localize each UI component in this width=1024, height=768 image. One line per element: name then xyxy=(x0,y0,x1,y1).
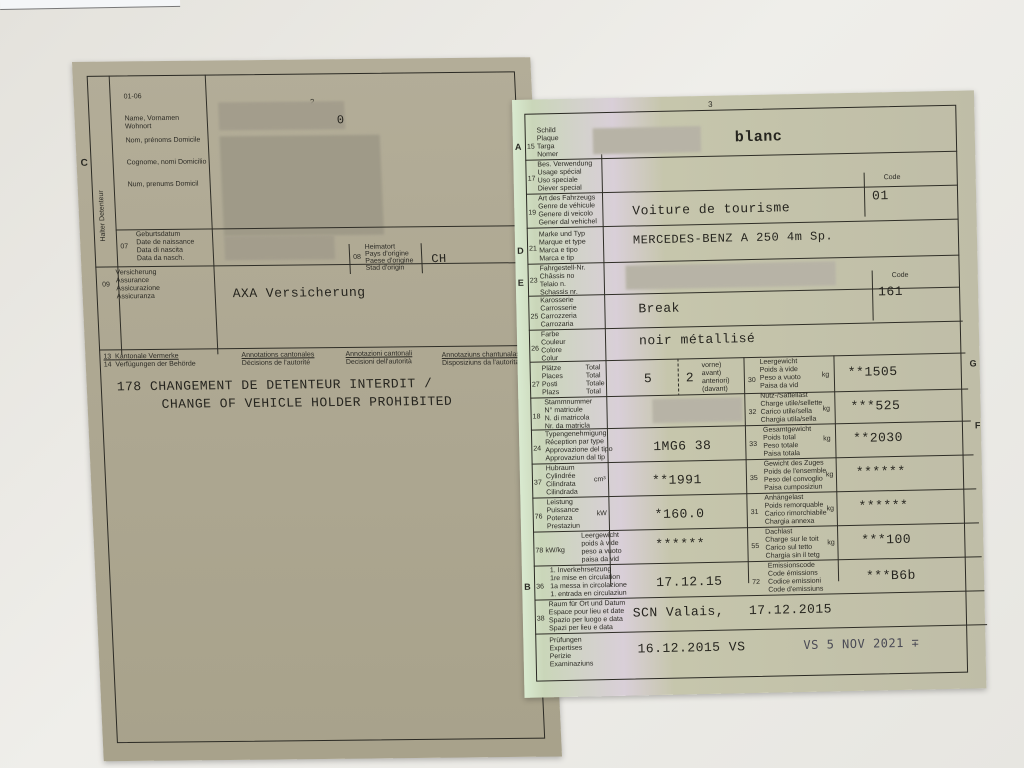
type-approval-value: 1MG6 38 xyxy=(653,438,711,454)
first-registration-field-code: 36 xyxy=(536,583,544,591)
left-page: 2 C Halter Detenteur 01-06 Name, Vorname… xyxy=(72,57,562,761)
annotations-label-it-2: Decisioni dell'autorità xyxy=(346,358,412,367)
holder-label-de: Name, Vornamen Wohnort xyxy=(124,115,205,132)
section-marker-f: F xyxy=(975,420,981,430)
plate-label-fr: Plaque xyxy=(537,135,559,143)
redacted-matriculation xyxy=(652,397,742,423)
right-page: 3 A 15 Schild Plaque Targa Nomer blanc 1… xyxy=(512,90,986,698)
special-use-field-code: 17 xyxy=(528,176,536,184)
trailer-load-unit: kg xyxy=(827,505,835,513)
emission-code-field-code: 72 xyxy=(752,579,760,587)
type-approval-field-code: 24 xyxy=(533,445,541,453)
trailer-load-value: ****** xyxy=(858,498,908,514)
annotations-label-rm-2: Disposiziuns da l'autoritad xyxy=(442,359,524,368)
annotation-line-2: CHANGE OF VEHICLE HOLDER PROHIBITED xyxy=(161,394,452,412)
holder-label-it: Cognome, nomi Domicilio xyxy=(126,159,206,168)
seats-front: 2 xyxy=(686,370,695,385)
birthdate-field-code: 07 xyxy=(120,243,128,251)
redacted-plate-number xyxy=(593,126,702,154)
payload-unit: kg xyxy=(822,405,830,413)
holder-value-suffix: 0 xyxy=(337,113,345,127)
train-weight-value: ****** xyxy=(856,464,906,480)
payload-field-code: 32 xyxy=(749,409,757,417)
inspection-stamp: VS 5 NOV 2021 ∓ xyxy=(803,636,919,652)
seats-sublabel-3: Totale xyxy=(586,380,605,388)
origin-label-rm: Stad d'origin xyxy=(366,264,405,272)
empty-weight-unit: kg xyxy=(822,371,830,379)
roof-load-field-code: 55 xyxy=(751,543,759,551)
color-label-it: Colore xyxy=(541,347,562,355)
redacted-holder-address xyxy=(220,135,385,237)
trailer-load-field-code: 31 xyxy=(751,509,759,517)
vehicle-type-field-code: 19 xyxy=(528,210,536,218)
redacted-holder-name xyxy=(218,101,345,130)
holder-label-fr: Nom, prénoms Domicile xyxy=(125,137,205,146)
payload-value: ***525 xyxy=(850,398,900,414)
origin-field-code: 08 xyxy=(353,254,361,262)
power-unit: kW xyxy=(597,510,607,518)
gross-weight-unit: kg xyxy=(823,435,831,443)
section-marker-d: D xyxy=(517,246,524,256)
annotations-label-fr-2: Décisions de l'autorité xyxy=(242,359,311,368)
insurance-field-code: 09 xyxy=(102,281,110,289)
section-marker-g: G xyxy=(970,358,977,368)
birthdate-label-rm: Data da nasch. xyxy=(137,255,184,263)
color-field-code: 26 xyxy=(531,345,539,353)
roof-load-value: ***100 xyxy=(861,532,911,548)
insurance-label-de: Versicherung xyxy=(115,269,156,277)
insurance-value: AXA Versicherung xyxy=(232,285,366,301)
power-weight-value: ****** xyxy=(655,536,705,552)
section-marker-c: C xyxy=(80,158,88,169)
annotations-label-de-2: 14 Verfügungen der Behörde xyxy=(104,361,196,370)
power-value: *160.0 xyxy=(655,506,705,522)
seats-total: 5 xyxy=(644,371,653,386)
color-value: noir métallisé xyxy=(639,331,756,348)
empty-weight-field-code: 30 xyxy=(748,377,756,385)
holder-field-code: 01-06 xyxy=(123,93,141,101)
make-model-field-code: 21 xyxy=(529,246,537,254)
matriculation-field-code: 18 xyxy=(533,413,541,421)
power-field-code: 76 xyxy=(535,513,543,521)
plate-color: blanc xyxy=(735,128,783,146)
body-code-label: Code xyxy=(892,272,909,280)
power-weight-field-code: 78 xyxy=(535,547,543,555)
displacement-value: **1991 xyxy=(652,472,702,488)
section-marker-a: A xyxy=(515,142,522,152)
first-registration-value: 17.12.15 xyxy=(656,574,723,590)
gross-weight-field-code: 33 xyxy=(749,441,757,449)
power-weight-unit: kW/kg xyxy=(545,547,565,555)
redacted-birthdate xyxy=(224,235,335,260)
place-date-field-code: 38 xyxy=(537,615,545,623)
vehicle-type-code: 01 xyxy=(872,188,889,203)
displacement-field-code: 37 xyxy=(534,479,542,487)
body-value: Break xyxy=(638,301,680,317)
plate-field-code: 15 xyxy=(527,144,535,152)
redacted-chassis-number xyxy=(625,261,835,289)
roof-load-unit: kg xyxy=(827,539,835,547)
displacement-unit: cm³ xyxy=(594,476,606,484)
background-paper-strip xyxy=(0,0,180,10)
body-code: 161 xyxy=(878,284,903,300)
gross-weight-value: **2030 xyxy=(853,430,903,446)
holder-label-rm: Num, prenums Domicil xyxy=(127,181,207,190)
inspections-label-rm: Examinaziuns xyxy=(550,660,594,669)
chassis-field-code: 23 xyxy=(530,278,538,286)
empty-weight-label-rm: Paisa da vid xyxy=(760,382,798,391)
train-weight-unit: kg xyxy=(826,471,834,479)
section-marker-b: B xyxy=(524,582,531,592)
vehicle-type-code-label: Code xyxy=(884,174,901,182)
seats-label-fr: Places xyxy=(542,373,563,381)
section-marker-e: E xyxy=(518,278,524,288)
body-field-code: 25 xyxy=(530,313,538,321)
empty-weight-value: **1505 xyxy=(848,364,898,380)
seats-field-code: 27 xyxy=(532,381,540,389)
page-number-right: 3 xyxy=(708,100,713,109)
train-weight-field-code: 35 xyxy=(750,475,758,483)
emission-code-value: ***B6b xyxy=(866,568,916,584)
insurance-label-rm: Assicuranza xyxy=(117,293,156,301)
inspection-entry-1: 16.12.2015 VS xyxy=(637,639,745,656)
